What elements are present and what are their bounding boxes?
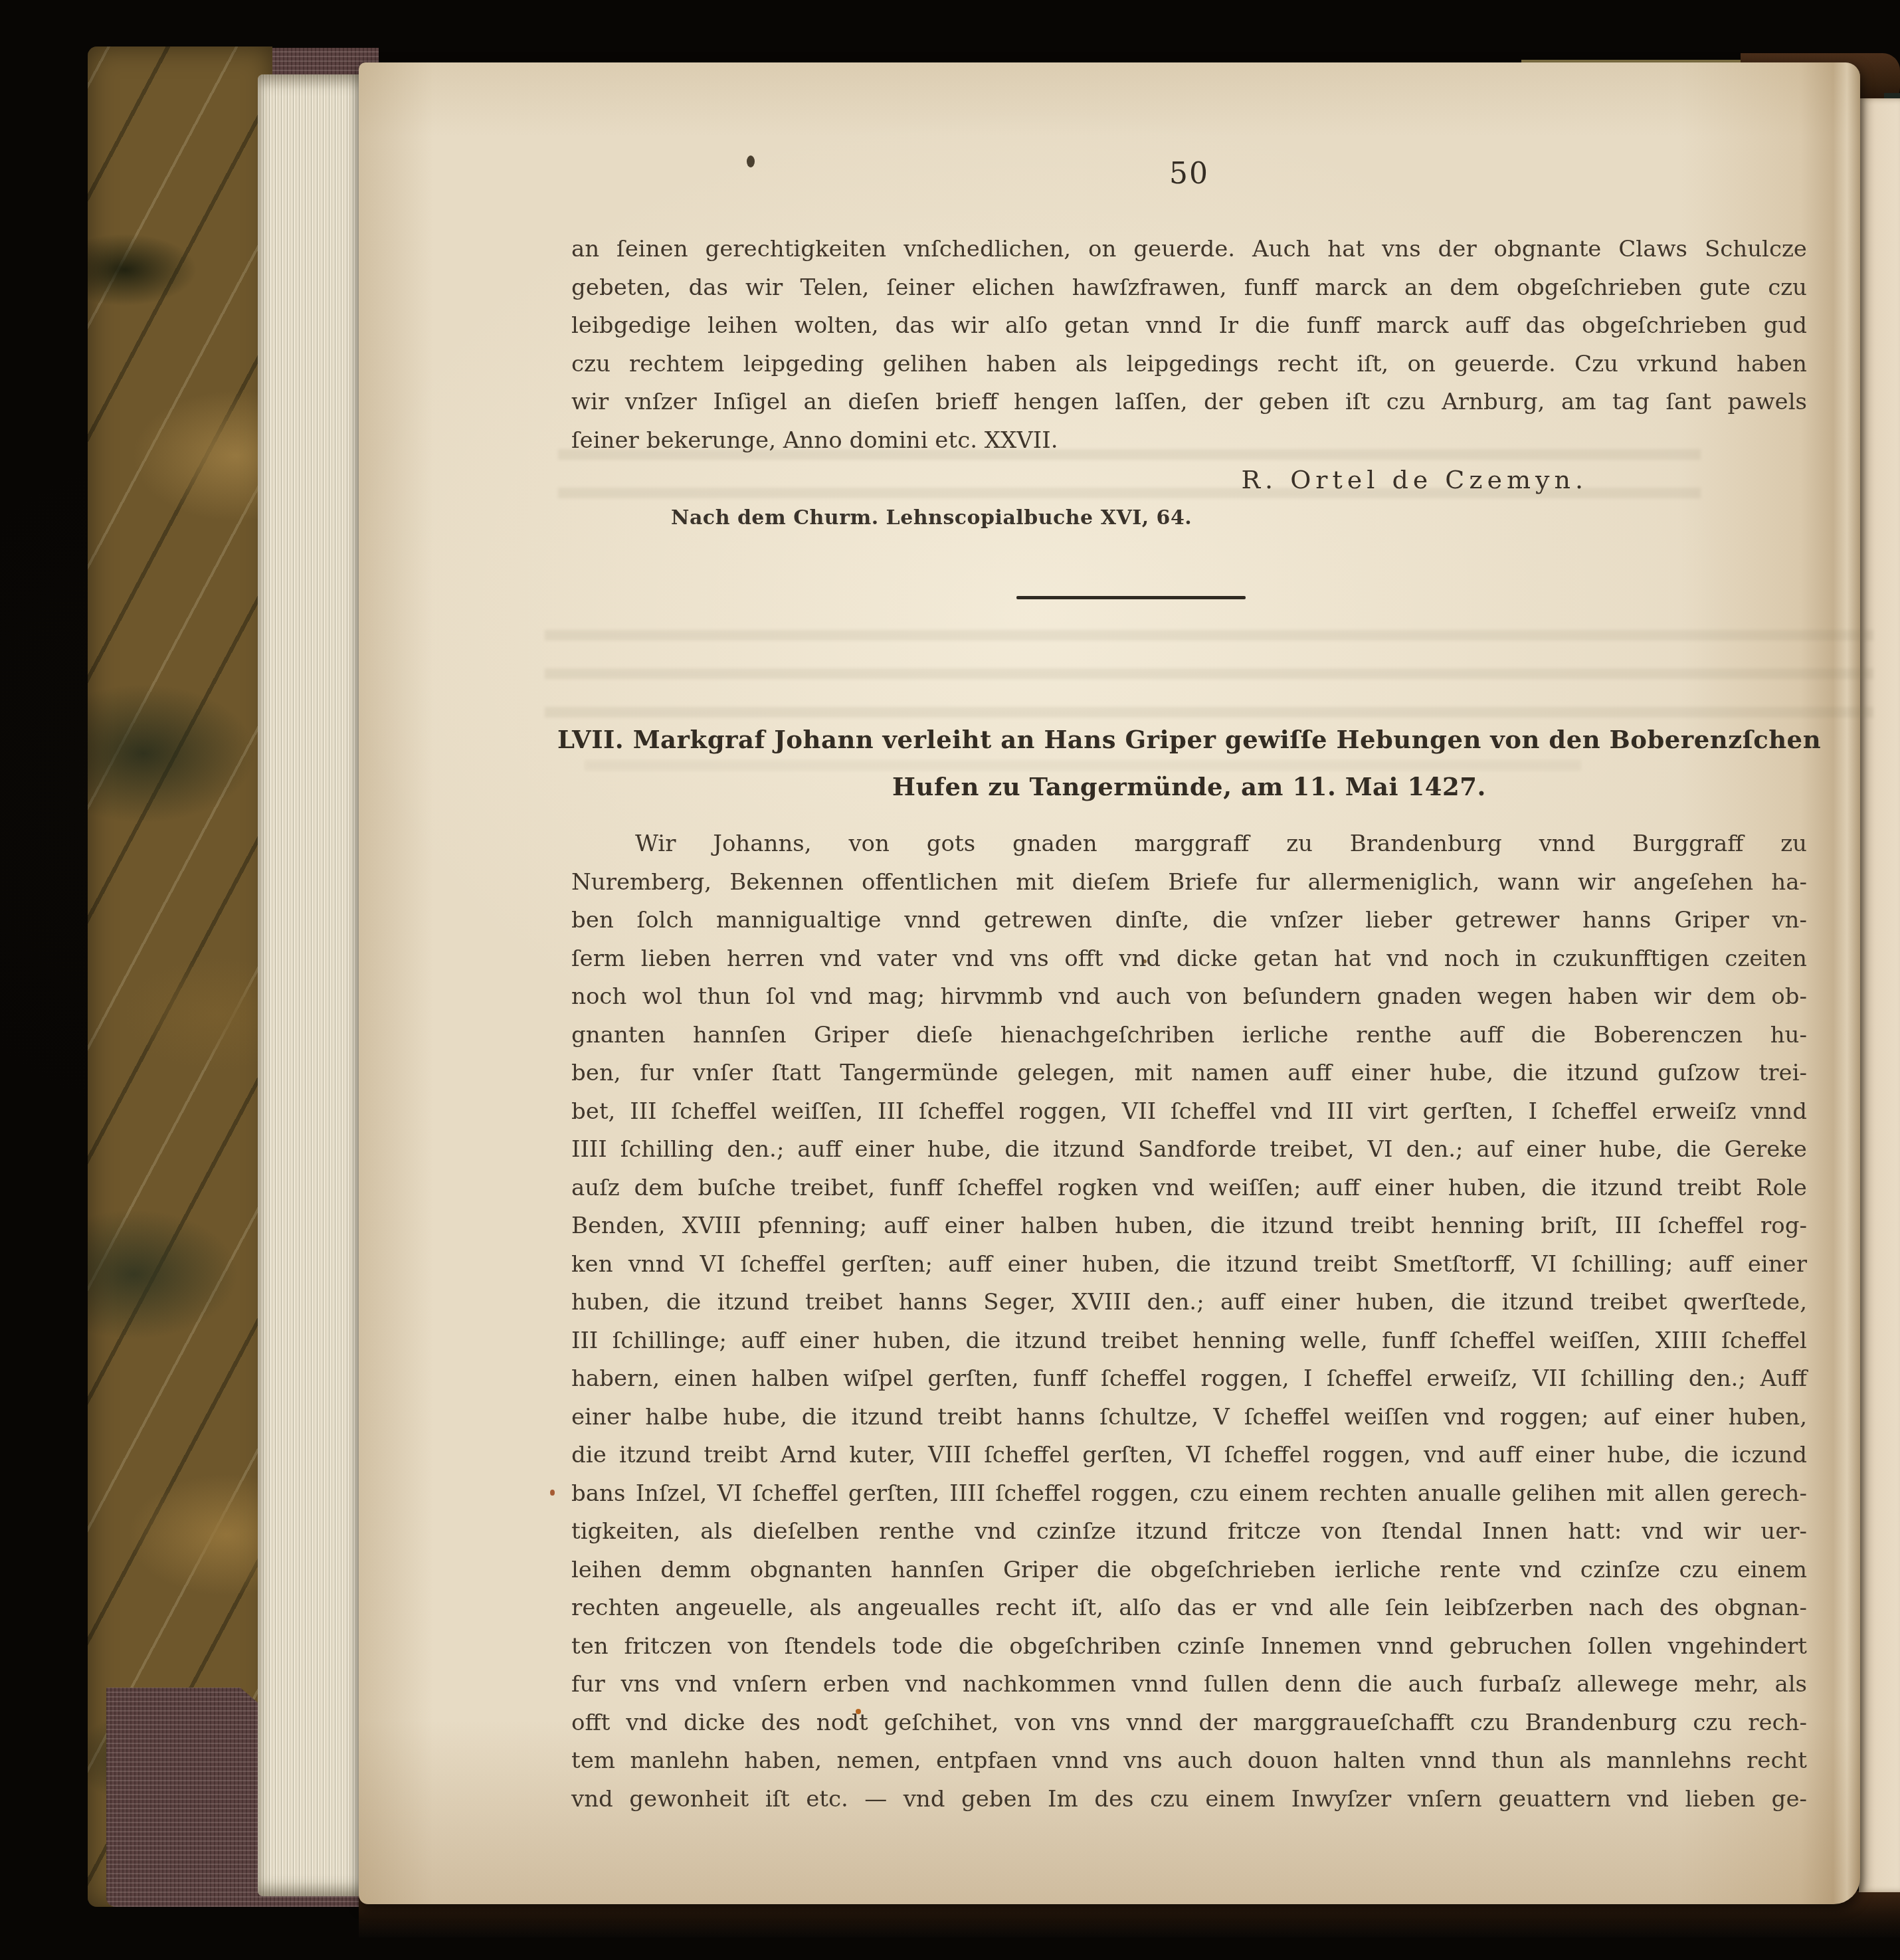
charter-body-text: Wir Johanns, von gots gnaden marggraff z… (571, 825, 1807, 1818)
text-line: offt vnd dicke des nodt geſchihet, von v… (571, 1704, 1807, 1743)
text-line: IIII ſchilling den.; auff einer hube, di… (571, 1131, 1807, 1169)
scribe-signature-text: R. Ortel de Czemyn. (1241, 465, 1588, 494)
page-block-edges (258, 74, 369, 1896)
text-line: bet, III ſcheffel weiſſen, III ſcheffel … (571, 1093, 1807, 1131)
text-line: Hufen zu Tangermünde, am 11. Mai 1427. (512, 763, 1867, 811)
book-page: 50 an ſeinen gerechtigkeiten vnſchedlich… (359, 62, 1860, 1904)
text-line: einer halbe hube, die itzund treibt hann… (571, 1399, 1807, 1437)
text-line: vnd gewonheit iſt etc. — vnd geben Im de… (571, 1781, 1807, 1819)
text-line: ben, fur vnſer ſtatt Tangermünde gelegen… (571, 1054, 1807, 1093)
text-line: tigkeiten, als dieſelben renthe vnd czin… (571, 1513, 1807, 1551)
facing-page-edge (1859, 98, 1900, 1892)
text-line: czu rechtem leipgeding gelihen haben als… (571, 345, 1807, 384)
text-line: ben ſolch mannigualtige vnnd getrewen di… (571, 902, 1807, 940)
text-line: Wir Johanns, von gots gnaden marggraff z… (571, 825, 1807, 864)
text-line: ſeiner bekerunge, Anno domini etc. XXVII… (571, 422, 1807, 460)
text-line: ſerm lieben herren vnd vater vnd vns off… (571, 940, 1807, 979)
text-line: fur vns vnd vnſern erben vnd nachkommen … (571, 1666, 1807, 1704)
section-heading: LVII. Markgraf Johann verleiht an Hans G… (512, 716, 1867, 811)
text-line: ten fritczen von ſtendels tode die obgeſ… (571, 1628, 1807, 1666)
text-line: noch wol thun ſol vnd mag; hirvmmb vnd a… (571, 978, 1807, 1017)
scribe-signature: R. Ortel de Czemyn. (571, 465, 1807, 494)
text-line: rechten angeuelle, als angeualles recht … (571, 1589, 1807, 1628)
page-curl-shading (1800, 62, 1860, 1904)
text-line: auſz dem buſche treibet, funff ſcheffel … (571, 1169, 1807, 1208)
text-line: gnanten hannſen Griper dieſe hienachgeſc… (571, 1017, 1807, 1055)
page-number: 50 (571, 157, 1807, 191)
text-line: III ſchillinge; auff einer huben, die it… (571, 1322, 1807, 1361)
text-line: tem manlehn haben, nemen, entpfaen vnnd … (571, 1742, 1807, 1781)
text-line: Benden, XVIII pfenning; auff einer halbe… (571, 1207, 1807, 1246)
text-line: die itzund treibt Arnd kuter, VIII ſchef… (571, 1436, 1807, 1475)
source-note: Nach dem Churm. Lehnscopialbuche XVI, 64… (671, 506, 1601, 530)
text-line: bans Inſzel, VI ſcheffel gerſten, IIII ſ… (571, 1475, 1807, 1514)
closing-paragraph: an ſeinen gerechtigkeiten vnſchedlichen,… (571, 231, 1807, 460)
text-line: gebeten, das wir Telen, ſeiner elichen h… (571, 269, 1807, 308)
text-line: huben, die itzund treibet hanns Seger, X… (571, 1284, 1807, 1322)
text-line: an ſeinen gerechtigkeiten vnſchedlichen,… (571, 231, 1807, 269)
text-line: habern, einen halben wiſpel gerſten, fun… (571, 1360, 1807, 1399)
text-line: wir vnſzer Inſigel an dieſen brieff heng… (571, 383, 1807, 422)
section-divider-rule (1016, 596, 1246, 599)
text-line: leibgedige leihen wolten, das wir alſo g… (571, 307, 1807, 345)
fox-spot (550, 1490, 555, 1496)
text-line: Nuremberg, Bekennen offentlichen mit die… (571, 864, 1807, 902)
text-line: ken vnnd VI ſcheffel gerſten; auff einer… (571, 1246, 1807, 1284)
text-line: leihen demm obgnanten hannſen Griper die… (571, 1551, 1807, 1590)
text-line: LVII. Markgraf Johann verleiht an Hans G… (512, 716, 1867, 763)
marbled-board-edge (88, 47, 272, 1907)
